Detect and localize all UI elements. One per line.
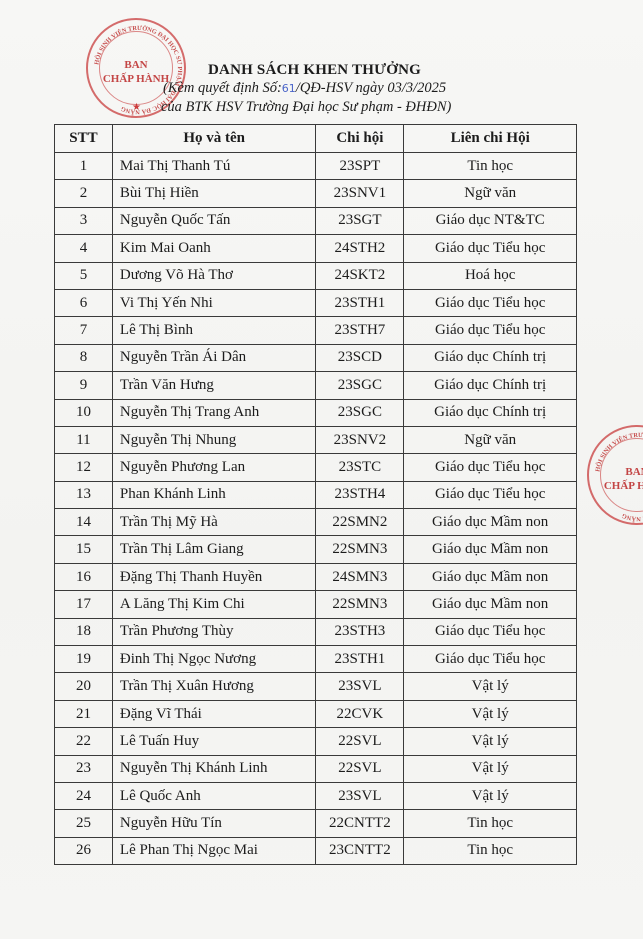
cell-stt: 20 [55,673,113,700]
cell-name: Lê Tuấn Huy [112,728,316,755]
cell-stt: 17 [55,591,113,618]
cell-name: Nguyễn Quốc Tấn [112,207,316,234]
cell-name: Lê Quốc Anh [112,782,316,809]
cell-name: Nguyễn Thị Nhung [112,426,316,453]
cell-chi-hoi: 23STH1 [316,646,404,673]
table-row: 6Vi Thị Yến Nhi23STH1Giáo dục Tiểu học [55,289,577,316]
table-row: 10Nguyễn Thị Trang Anh23SGCGiáo dục Chín… [55,399,577,426]
cell-chi-hoi: 23STH1 [316,289,404,316]
cell-stt: 23 [55,755,113,782]
cell-lien-chi-hoi: Giáo dục Chính trị [404,344,577,371]
cell-chi-hoi: 23SGC [316,399,404,426]
cell-chi-hoi: 22SMN2 [316,509,404,536]
table-row: 5Dương Võ Hà Thơ24SKT2Hoá học [55,262,577,289]
awards-table: STT Họ và tên Chi hội Liên chi Hội 1Mai … [54,124,577,865]
header-name: Họ và tên [112,125,316,153]
header-stt: STT [55,125,113,153]
cell-lien-chi-hoi: Vật lý [404,728,577,755]
cell-name: Mai Thị Thanh Tú [112,153,316,180]
cell-chi-hoi: 23SGC [316,372,404,399]
cell-lien-chi-hoi: Tin học [404,810,577,837]
cell-stt: 1 [55,153,113,180]
cell-lien-chi-hoi: Giáo dục Mầm non [404,536,577,563]
cell-name: A Lăng Thị Kim Chi [112,591,316,618]
cell-lien-chi-hoi: Giáo dục Mầm non [404,509,577,536]
cell-name: Nguyễn Trần Ái Dân [112,344,316,371]
cell-name: Lê Thị Bình [112,317,316,344]
table-row: 20Trần Thị Xuân Hương23SVLVật lý [55,673,577,700]
cell-chi-hoi: 23STH4 [316,481,404,508]
cell-name: Nguyễn Thị Trang Anh [112,399,316,426]
cell-lien-chi-hoi: Giáo dục Mầm non [404,563,577,590]
stamp-line-2: CHẤP HÀNH [589,479,643,493]
cell-lien-chi-hoi: Giáo dục Chính trị [404,372,577,399]
cell-chi-hoi: 23CNTT2 [316,837,404,864]
cell-lien-chi-hoi: Ngữ văn [404,426,577,453]
cell-chi-hoi: 23STH3 [316,618,404,645]
table-row: 23Nguyễn Thị Khánh Linh22SVLVật lý [55,755,577,782]
cell-lien-chi-hoi: Giáo dục Mầm non [404,591,577,618]
cell-name: Lê Phan Thị Ngọc Mai [112,837,316,864]
cell-name: Phan Khánh Linh [112,481,316,508]
cell-stt: 5 [55,262,113,289]
cell-stt: 25 [55,810,113,837]
cell-stt: 4 [55,235,113,262]
cell-name: Bùi Thị Hiền [112,180,316,207]
cell-lien-chi-hoi: Ngữ văn [404,180,577,207]
cell-lien-chi-hoi: Vật lý [404,782,577,809]
document-subtitle-line-2: của BTK HSV Trường Đại học Sư phạm - ĐHĐ… [161,99,451,116]
cell-name: Đinh Thị Ngọc Nương [112,646,316,673]
cell-lien-chi-hoi: Giáo dục Tiểu học [404,481,577,508]
subtitle-prefix: (Kèm quyết định Số: [163,80,282,96]
table-row: 4Kim Mai Oanh24STH2Giáo dục Tiểu học [55,235,577,262]
cell-name: Vi Thị Yến Nhi [112,289,316,316]
cell-chi-hoi: 23SCD [316,344,404,371]
table-header-row: STT Họ và tên Chi hội Liên chi Hội [55,125,577,153]
stamp-line-1: BAN [88,58,184,72]
table-row: 16Đặng Thị Thanh Huyền24SMN3Giáo dục Mầm… [55,563,577,590]
cell-lien-chi-hoi: Tin học [404,837,577,864]
cell-lien-chi-hoi: Giáo dục Tiểu học [404,618,577,645]
table-row: 11Nguyễn Thị Nhung23SNV2Ngữ văn [55,426,577,453]
cell-stt: 10 [55,399,113,426]
cell-lien-chi-hoi: Giáo dục Tiểu học [404,235,577,262]
cell-name: Trần Thị Mỹ Hà [112,509,316,536]
cell-stt: 18 [55,618,113,645]
decision-number: 61 [282,82,296,95]
table-row: 24Lê Quốc Anh23SVLVật lý [55,782,577,809]
cell-stt: 7 [55,317,113,344]
cell-stt: 26 [55,837,113,864]
subtitle-suffix: /QĐ-HSV ngày 03/3/2025 [296,80,446,96]
cell-stt: 15 [55,536,113,563]
cell-name: Trần Thị Lâm Giang [112,536,316,563]
header-chi-hoi: Chi hội [316,125,404,153]
table-row: 1Mai Thị Thanh Tú23SPTTin học [55,153,577,180]
table-row: 13Phan Khánh Linh23STH4Giáo dục Tiểu học [55,481,577,508]
official-stamp-partial: HỘI SINH VIÊN TRƯỜNG ĐẠI HỌC SƯ PHẠM - Đ… [587,425,643,525]
cell-chi-hoi: 22SVL [316,728,404,755]
cell-stt: 2 [55,180,113,207]
cell-lien-chi-hoi: Giáo dục Tiểu học [404,454,577,481]
cell-stt: 14 [55,509,113,536]
cell-stt: 19 [55,646,113,673]
cell-stt: 22 [55,728,113,755]
cell-stt: 12 [55,454,113,481]
cell-stt: 6 [55,289,113,316]
cell-lien-chi-hoi: Giáo dục Chính trị [404,399,577,426]
cell-chi-hoi: 24SMN3 [316,563,404,590]
cell-name: Trần Thị Xuân Hương [112,673,316,700]
star-icon: ★ [132,102,141,113]
cell-chi-hoi: 23SVL [316,673,404,700]
cell-chi-hoi: 23STH7 [316,317,404,344]
cell-name: Đặng Vĩ Thái [112,700,316,727]
cell-stt: 9 [55,372,113,399]
header-lien-chi-hoi: Liên chi Hội [404,125,577,153]
cell-name: Nguyễn Hữu Tín [112,810,316,837]
cell-name: Kim Mai Oanh [112,235,316,262]
cell-lien-chi-hoi: Tin học [404,153,577,180]
cell-name: Nguyễn Thị Khánh Linh [112,755,316,782]
table-row: 22Lê Tuấn Huy22SVLVật lý [55,728,577,755]
cell-chi-hoi: 23SGT [316,207,404,234]
table-row: 18Trần Phương Thùy23STH3Giáo dục Tiểu họ… [55,618,577,645]
cell-lien-chi-hoi: Giáo dục NT&TC [404,207,577,234]
cell-lien-chi-hoi: Vật lý [404,673,577,700]
cell-name: Dương Võ Hà Thơ [112,262,316,289]
cell-chi-hoi: 22SMN3 [316,536,404,563]
table-row: 7Lê Thị Bình23STH7Giáo dục Tiểu học [55,317,577,344]
table-row: 2Bùi Thị Hiền23SNV1Ngữ văn [55,180,577,207]
cell-name: Nguyễn Phương Lan [112,454,316,481]
cell-chi-hoi: 22SVL [316,755,404,782]
cell-chi-hoi: 22CVK [316,700,404,727]
cell-lien-chi-hoi: Giáo dục Tiểu học [404,646,577,673]
cell-chi-hoi: 23SPT [316,153,404,180]
table-row: 9Trần Văn Hưng23SGCGiáo dục Chính trị [55,372,577,399]
document-page: HỘI SINH VIÊN TRƯỜNG ĐẠI HỌC SƯ PHẠM - Đ… [0,0,643,939]
cell-chi-hoi: 22CNTT2 [316,810,404,837]
cell-lien-chi-hoi: Giáo dục Tiểu học [404,289,577,316]
cell-stt: 8 [55,344,113,371]
cell-stt: 11 [55,426,113,453]
cell-chi-hoi: 24STH2 [316,235,404,262]
table-row: 25Nguyễn Hữu Tín22CNTT2Tin học [55,810,577,837]
table-row: 12Nguyễn Phương Lan23STCGiáo dục Tiểu họ… [55,454,577,481]
table-row: 19Đinh Thị Ngọc Nương23STH1Giáo dục Tiểu… [55,646,577,673]
cell-lien-chi-hoi: Hoá học [404,262,577,289]
cell-chi-hoi: 23SVL [316,782,404,809]
cell-chi-hoi: 22SMN3 [316,591,404,618]
table-row: 3Nguyễn Quốc Tấn23SGTGiáo dục NT&TC [55,207,577,234]
table-row: 15Trần Thị Lâm Giang22SMN3Giáo dục Mầm n… [55,536,577,563]
cell-name: Trần Văn Hưng [112,372,316,399]
stamp-line-1: BAN [589,465,643,479]
table-row: 17A Lăng Thị Kim Chi22SMN3Giáo dục Mầm n… [55,591,577,618]
cell-stt: 3 [55,207,113,234]
table-row: 14Trần Thị Mỹ Hà22SMN2Giáo dục Mầm non [55,509,577,536]
cell-chi-hoi: 24SKT2 [316,262,404,289]
cell-name: Đặng Thị Thanh Huyền [112,563,316,590]
cell-lien-chi-hoi: Vật lý [404,700,577,727]
cell-chi-hoi: 23SNV1 [316,180,404,207]
table-row: 26Lê Phan Thị Ngọc Mai23CNTT2Tin học [55,837,577,864]
document-title: DANH SÁCH KHEN THƯỞNG [208,62,421,79]
cell-name: Trần Phương Thùy [112,618,316,645]
cell-stt: 13 [55,481,113,508]
cell-lien-chi-hoi: Giáo dục Tiểu học [404,317,577,344]
table-row: 21Đặng Vĩ Thái22CVKVật lý [55,700,577,727]
document-subtitle-line-1: (Kèm quyết định Số:61/QĐ-HSV ngày 03/3/2… [163,80,446,97]
cell-stt: 24 [55,782,113,809]
table-row: 8Nguyễn Trần Ái Dân23SCDGiáo dục Chính t… [55,344,577,371]
cell-chi-hoi: 23STC [316,454,404,481]
cell-stt: 16 [55,563,113,590]
cell-chi-hoi: 23SNV2 [316,426,404,453]
cell-lien-chi-hoi: Vật lý [404,755,577,782]
cell-stt: 21 [55,700,113,727]
